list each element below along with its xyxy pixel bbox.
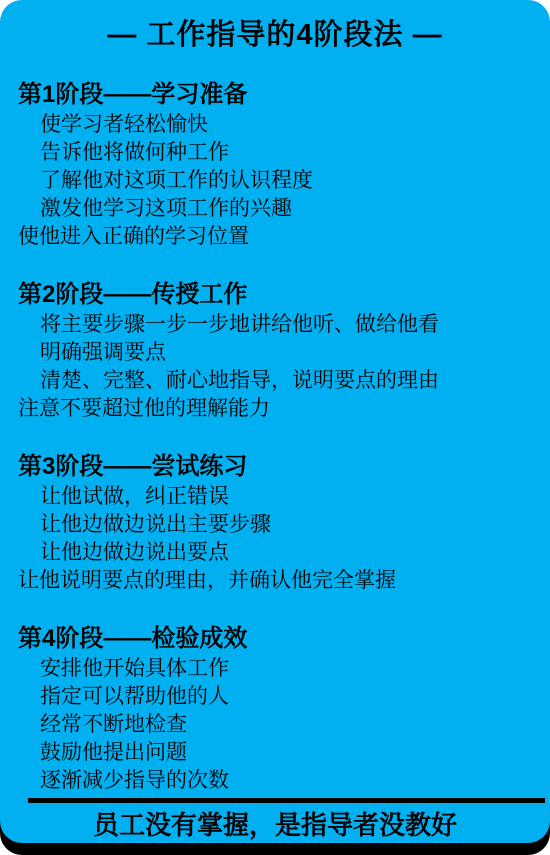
list-item: 安排他开始具体工作 [0,654,550,682]
list-item: 经常不断地检查 [0,710,550,738]
section-1-heading: 第1阶段——学习准备 [0,80,550,110]
poster-stage: — 工作指导的4阶段法 — 第1阶段——学习准备 使学习者轻松愉快 告诉他将做何… [0,0,550,855]
list-item: 将主要步骤一步一步地讲给他听、做给他看 [0,310,550,338]
section-3-heading: 第3阶段——尝试练习 [0,452,550,482]
list-item: 使他进入正确的学习位置 [0,222,550,250]
list-item: 逐渐减少指导的次数 [0,766,550,794]
section-stage-1: 第1阶段——学习准备 使学习者轻松愉快 告诉他将做何种工作 了解他对这项工作的认… [0,80,550,250]
poster-card: — 工作指导的4阶段法 — 第1阶段——学习准备 使学习者轻松愉快 告诉他将做何… [0,0,550,843]
section-stage-2: 第2阶段——传授工作 将主要步骤一步一步地讲给他听、做给他看 明确强调要点 清楚… [0,280,550,422]
section-stage-3: 第3阶段——尝试练习 让他试做，纠正错误 让他边做边说出主要步骤 让他边做边说出… [0,452,550,594]
list-item: 了解他对这项工作的认识程度 [0,166,550,194]
list-item: 清楚、完整、耐心地指导，说明要点的理由 [0,366,550,394]
list-item: 明确强调要点 [0,338,550,366]
section-2-heading: 第2阶段——传授工作 [0,280,550,310]
list-item: 使学习者轻松愉快 [0,110,550,138]
list-item: 让他边做边说出主要步骤 [0,510,550,538]
list-item: 让他边做边说出要点 [0,538,550,566]
list-item: 注意不要超过他的理解能力 [0,394,550,422]
list-item: 让他试做，纠正错误 [0,482,550,510]
poster-footer-text: 员工没有掌握，是指导者没教好 [0,808,550,842]
list-item: 指定可以帮助他的人 [0,682,550,710]
poster-title: — 工作指导的4阶段法 — [0,16,550,54]
footer-divider [28,798,545,803]
list-item: 告诉他将做何种工作 [0,138,550,166]
list-item: 鼓励他提出问题 [0,738,550,766]
section-4-heading: 第4阶段——检验成效 [0,624,550,654]
section-stage-4: 第4阶段——检验成效 安排他开始具体工作 指定可以帮助他的人 经常不断地检查 鼓… [0,624,550,794]
list-item: 让他说明要点的理由，并确认他完全掌握 [0,566,550,594]
list-item: 激发他学习这项工作的兴趣 [0,194,550,222]
